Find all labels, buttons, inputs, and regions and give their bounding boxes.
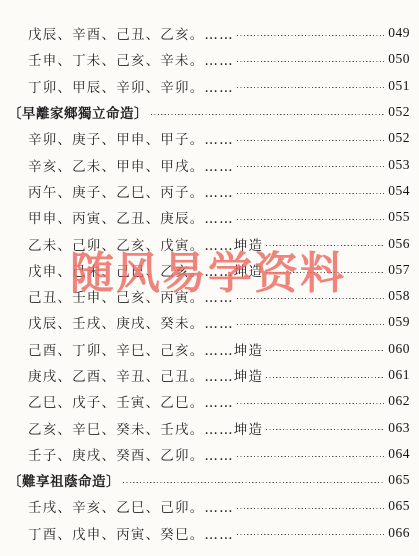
toc-entry: 壬戌、辛亥、乙巳、己卯。…… 065: [0, 493, 419, 519]
dotted-leader: [266, 376, 384, 378]
toc-section-header: 〔難享祖蔭命造〕 065: [0, 467, 419, 493]
toc-row-text: 戊申、己未、己巳、乙亥。……坤造: [28, 260, 263, 280]
scanned-book-page: 戊辰、辛酉、己丑、乙亥。…… 049 壬申、丁未、己亥、辛未。…… 050 丁卯…: [0, 0, 419, 556]
toc-entry: 戊辰、辛酉、己丑、乙亥。…… 049: [0, 20, 419, 46]
dotted-leader: [237, 192, 384, 194]
dotted-leader: [266, 350, 384, 352]
page-number: 052: [388, 130, 410, 146]
toc-entry: 丙午、庚子、乙巳、丙子。…… 054: [0, 178, 419, 204]
toc-row-text: 壬申、丁未、己亥、辛未。……: [28, 49, 234, 69]
page-number: 056: [388, 236, 410, 252]
toc-row-text: 庚戌、乙酉、辛丑、己丑。……坤造: [28, 365, 263, 385]
dotted-leader: [237, 507, 384, 509]
page-number: 063: [388, 420, 410, 436]
toc-entry: 壬子、庚戌、癸酉、乙卯。…… 064: [0, 441, 419, 467]
page-number: 066: [388, 525, 410, 541]
dotted-leader: [237, 323, 384, 325]
toc-entry: 戊申、己未、己巳、乙亥。……坤造 057: [0, 257, 419, 283]
dotted-leader: [237, 139, 384, 141]
toc-row-text: 辛卯、庚子、甲申、甲子。……: [28, 128, 234, 148]
dotted-leader: [237, 297, 384, 299]
toc-row-text: 乙巳、戊子、壬寅、乙巳。……: [28, 391, 234, 411]
toc-section-header: 〔早離家鄉獨立命造〕 052: [0, 99, 419, 125]
dotted-leader: [237, 166, 384, 168]
dotted-leader: [237, 218, 384, 220]
toc-entry: 丁卯、甲辰、辛卯、辛卯。…… 051: [0, 73, 419, 99]
toc-row-text: 〔早離家鄉獨立命造〕: [8, 102, 148, 122]
page-number: 058: [388, 288, 410, 304]
page-number: 060: [388, 341, 410, 357]
toc-entry: 己丑、壬申、己亥、丙寅。…… 058: [0, 283, 419, 309]
toc-row-text: 甲申、丙寅、乙丑、庚辰。……: [28, 207, 234, 227]
toc-entry: 己酉、丁卯、辛巳、己亥。……坤造 060: [0, 336, 419, 362]
page-number: 053: [388, 157, 410, 173]
dotted-leader: [151, 113, 384, 115]
page-number: 061: [388, 367, 410, 383]
dotted-leader: [266, 271, 384, 273]
page-number: 057: [388, 262, 410, 278]
toc-row-text: 丙午、庚子、乙巳、丙子。……: [28, 181, 234, 201]
toc-entry: 乙亥、辛巳、癸未、壬戌。……坤造 063: [0, 414, 419, 440]
dotted-leader: [237, 455, 384, 457]
page-number: 065: [388, 472, 410, 488]
page-number: 054: [388, 183, 410, 199]
dotted-leader: [266, 245, 384, 247]
page-number: 065: [388, 498, 410, 514]
dotted-leader: [237, 534, 384, 536]
page-number: 050: [388, 51, 410, 67]
toc-entry: 乙巳、戊子、壬寅、乙巳。…… 062: [0, 388, 419, 414]
toc-entry: 甲申、丙寅、乙丑、庚辰。…… 055: [0, 204, 419, 230]
toc-row-text: 己酉、丁卯、辛巳、己亥。……坤造: [28, 339, 263, 359]
dotted-leader: [237, 87, 384, 89]
toc-row-text: 戊辰、壬戌、庚戌、癸未。……: [28, 312, 234, 332]
toc-entry: 辛亥、乙未、甲申、甲戌。…… 053: [0, 151, 419, 177]
toc-list: 戊辰、辛酉、己丑、乙亥。…… 049 壬申、丁未、己亥、辛未。…… 050 丁卯…: [0, 20, 419, 546]
toc-row-text: 〔難享祖蔭命造〕: [8, 470, 120, 490]
toc-row-text: 己丑、壬申、己亥、丙寅。……: [28, 286, 234, 306]
dotted-leader: [123, 481, 384, 483]
dotted-leader: [237, 34, 384, 36]
toc-row-text: 丁卯、甲辰、辛卯、辛卯。……: [28, 76, 234, 96]
page-number: 055: [388, 209, 410, 225]
toc-row-text: 壬子、庚戌、癸酉、乙卯。……: [28, 444, 234, 464]
toc-entry: 丁酉、戊申、丙寅、癸巳。…… 066: [0, 520, 419, 546]
dotted-leader: [266, 429, 384, 431]
page-number: 049: [388, 25, 410, 41]
page-number: 059: [388, 314, 410, 330]
toc-entry: 戊辰、壬戌、庚戌、癸未。…… 059: [0, 309, 419, 335]
toc-row-text: 乙亥、辛巳、癸未、壬戌。……坤造: [28, 418, 263, 438]
toc-entry: 壬申、丁未、己亥、辛未。…… 050: [0, 46, 419, 72]
toc-entry: 乙未、己卯、乙亥、戊寅。……坤造 056: [0, 230, 419, 256]
toc-row-text: 乙未、己卯、乙亥、戊寅。……坤造: [28, 234, 263, 254]
toc-row-text: 壬戌、辛亥、乙巳、己卯。……: [28, 496, 234, 516]
toc-entry: 庚戌、乙酉、辛丑、己丑。……坤造 061: [0, 362, 419, 388]
page-number: 064: [388, 446, 410, 462]
dotted-leader: [237, 60, 384, 62]
page-number: 051: [388, 78, 410, 94]
page-number: 062: [388, 393, 410, 409]
toc-row-text: 辛亥、乙未、甲申、甲戌。……: [28, 155, 234, 175]
dotted-leader: [237, 402, 384, 404]
toc-row-text: 丁酉、戊申、丙寅、癸巳。……: [28, 523, 234, 543]
toc-entry: 辛卯、庚子、甲申、甲子。…… 052: [0, 125, 419, 151]
toc-row-text: 戊辰、辛酉、己丑、乙亥。……: [28, 23, 234, 43]
page-number: 052: [388, 104, 410, 120]
